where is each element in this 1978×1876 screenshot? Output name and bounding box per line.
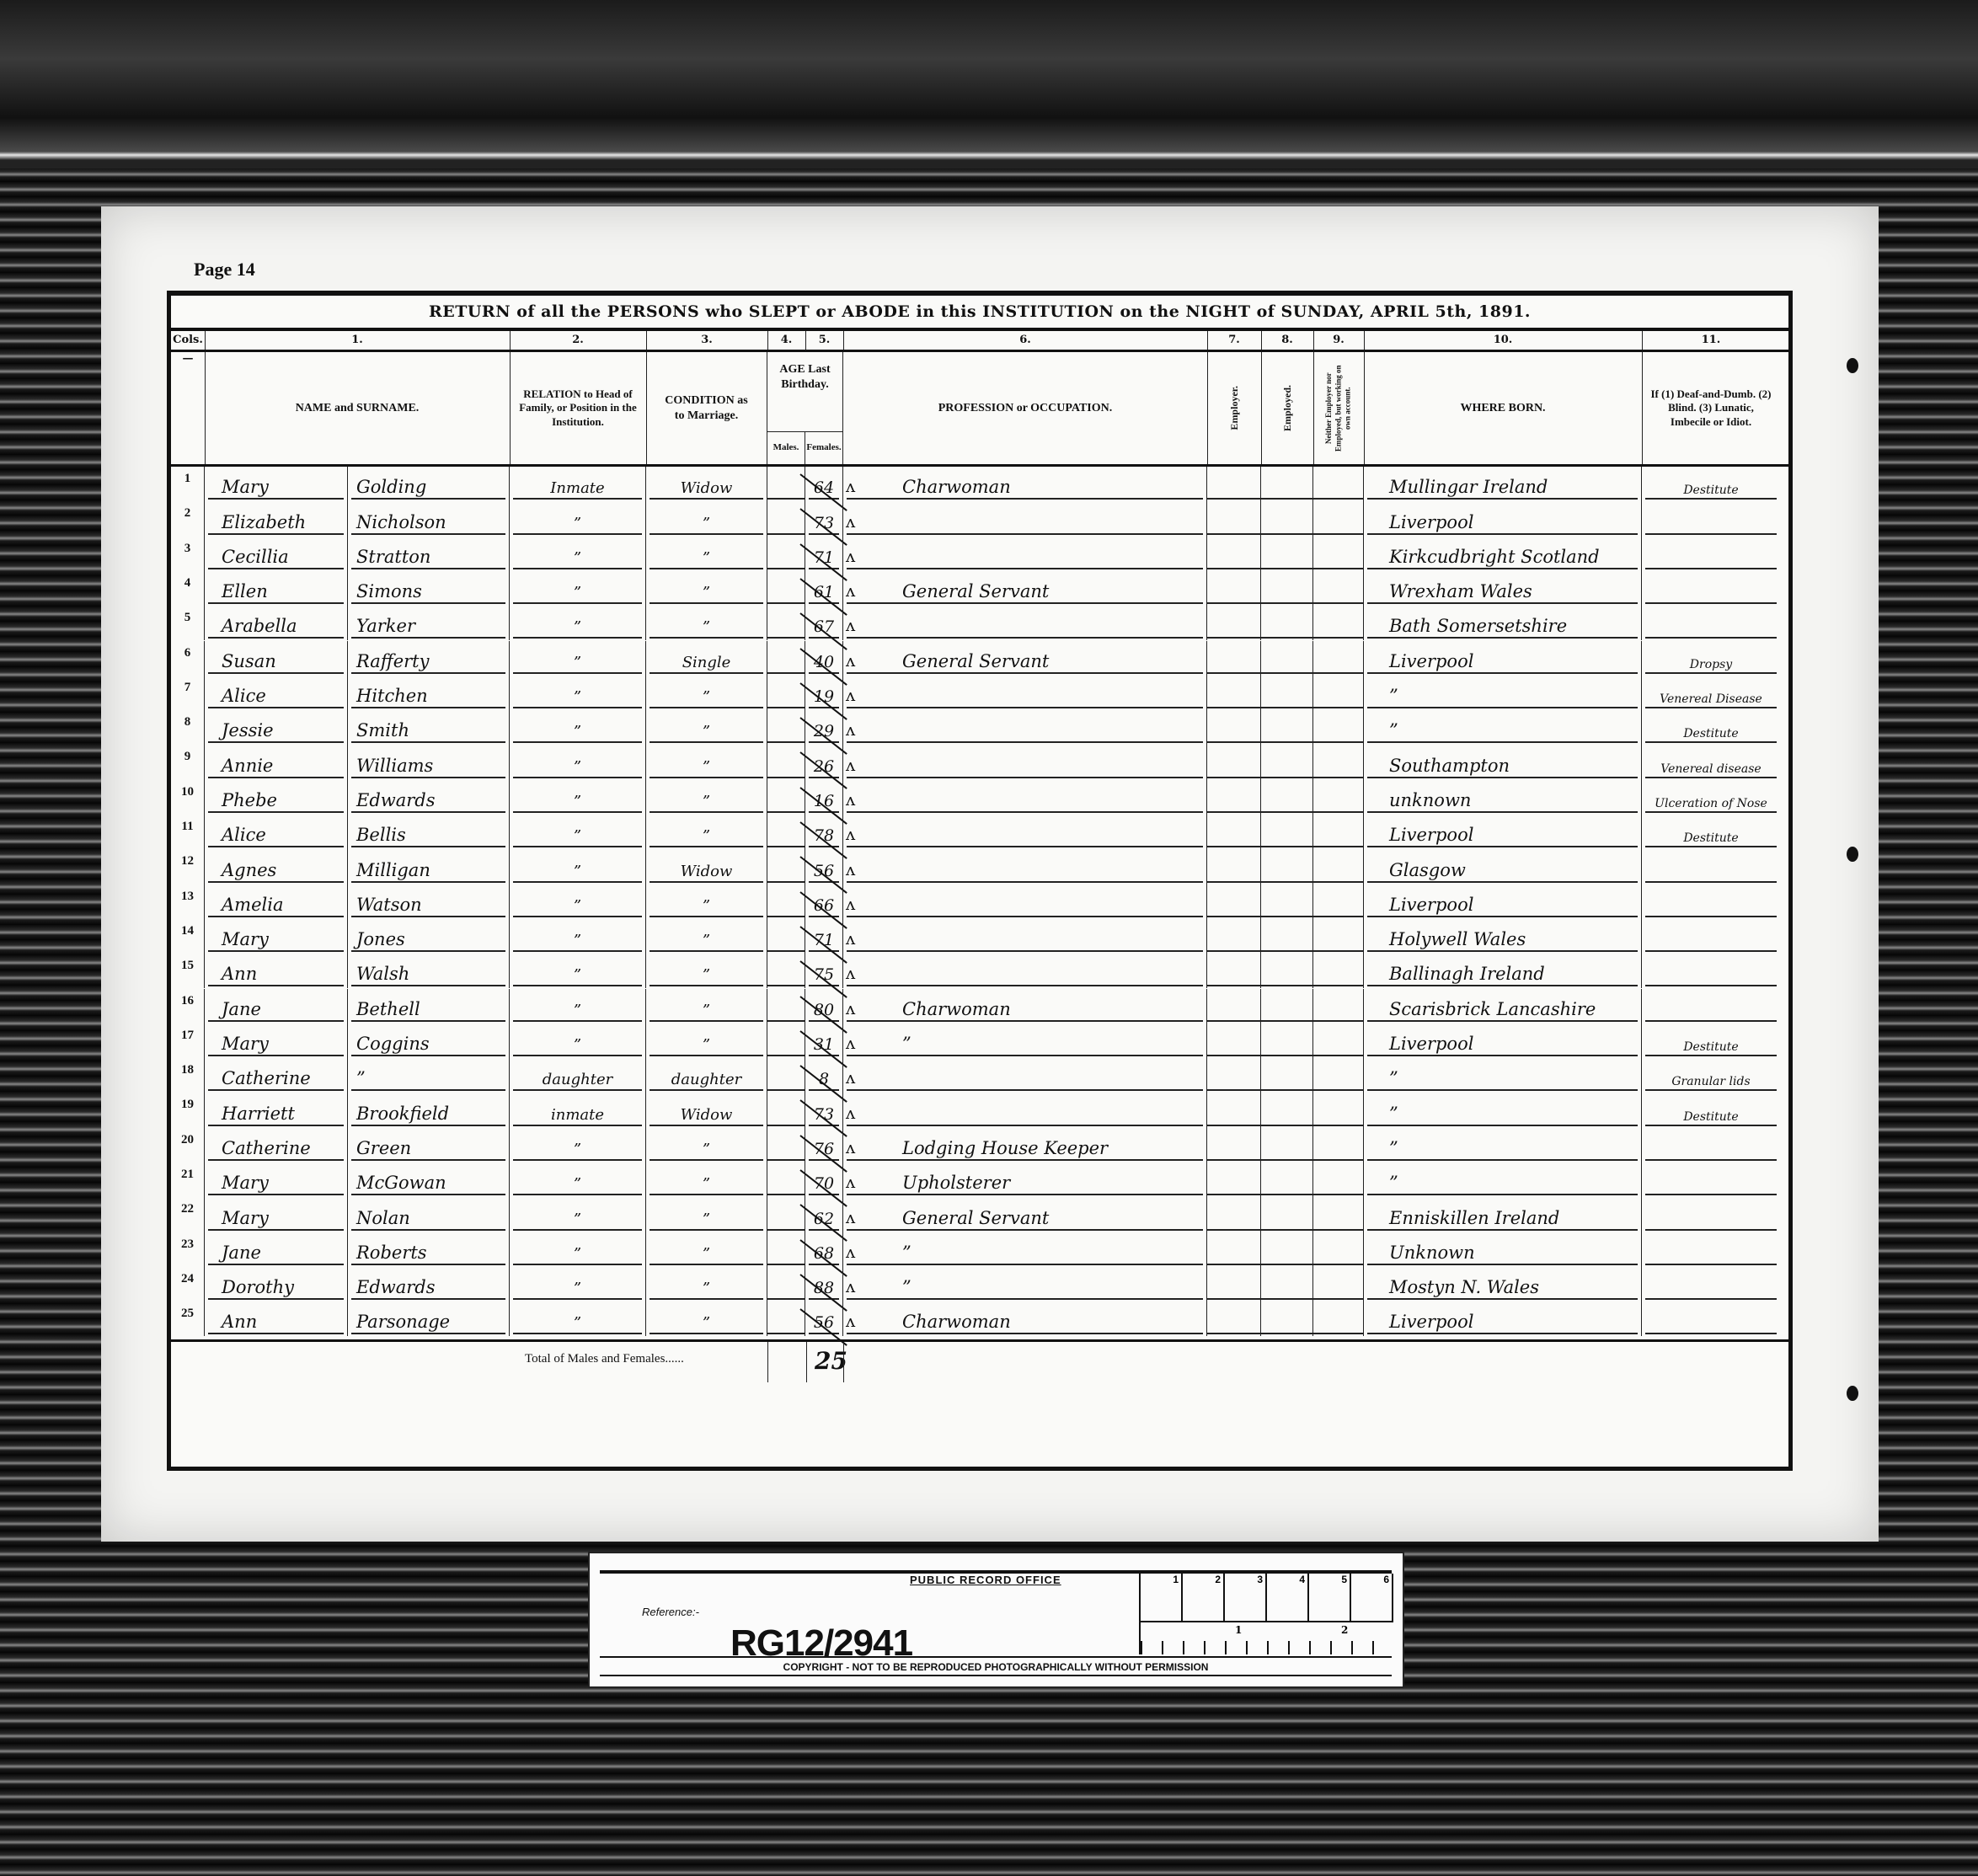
- cell-born: Glasgow: [1364, 849, 1642, 884]
- cell-agef: 70ʌ: [805, 1162, 843, 1197]
- cell-occupation: [843, 780, 1207, 815]
- cell-e3: [1313, 1093, 1364, 1127]
- first-text: Susan: [222, 651, 276, 671]
- cell-relation: ”: [510, 606, 646, 640]
- ruled-line: [650, 1229, 763, 1231]
- cell-relation: ”: [510, 849, 646, 884]
- ruled-line: [1645, 1229, 1777, 1231]
- ruled-line: [208, 1298, 344, 1300]
- born-text: Mullingar Ireland: [1389, 477, 1548, 497]
- born-text: ”: [1389, 1068, 1398, 1088]
- cell-m: [767, 501, 805, 536]
- cell-n: 6: [171, 641, 205, 676]
- ruled-line: [208, 602, 344, 604]
- surname-text: Walsh: [356, 964, 409, 984]
- cell-n: 14: [171, 919, 205, 954]
- occupation-text: Upholsterer: [902, 1173, 1010, 1193]
- relation-text: ”: [510, 618, 645, 636]
- ruled-line: [650, 568, 763, 569]
- cell-occupation: [843, 537, 1207, 571]
- cell-first: Catherine: [205, 1128, 348, 1162]
- cell-e1: [1207, 1024, 1261, 1058]
- cell-born: Liverpool: [1364, 641, 1642, 676]
- condition-text: Widow: [646, 1106, 767, 1124]
- cell-n: 24: [171, 1267, 205, 1301]
- cell-relation: ”: [510, 989, 646, 1024]
- ruled-line: [513, 811, 642, 813]
- ruled-line: [1645, 985, 1777, 986]
- cell-occupation: [843, 954, 1207, 988]
- cell-first: Alice: [205, 815, 348, 849]
- cell-infirmity: Destitute: [1642, 1024, 1780, 1058]
- ruled-line: [1367, 498, 1638, 500]
- cell-e1: [1207, 1301, 1261, 1336]
- ruled-line: [513, 846, 642, 847]
- cell-agef: 31ʌ: [805, 1024, 843, 1058]
- cell-e1: [1207, 537, 1261, 571]
- ruled-line: [351, 602, 505, 604]
- cell-infirmity: [1642, 606, 1780, 640]
- col-number: 8.: [1261, 331, 1314, 350]
- first-text: Elizabeth: [222, 512, 306, 532]
- ruled-line: [1207, 1055, 1260, 1056]
- record-office-label: PUBLIC RECORD OFFICE: [910, 1574, 1061, 1586]
- ruled-line: [847, 741, 1203, 743]
- ruled-line: [513, 777, 642, 778]
- cell-relation: ”: [510, 1162, 646, 1197]
- ruled-line: [1367, 741, 1638, 743]
- occupation-text: Lodging House Keeper: [902, 1138, 1108, 1158]
- ruled-line: [1645, 777, 1777, 778]
- ruled-line: [1207, 1020, 1260, 1022]
- cell-first: Cecillia: [205, 537, 348, 571]
- cell-e2: [1261, 745, 1313, 779]
- cell-born: ”: [1364, 1058, 1642, 1093]
- ruled-line: [1367, 672, 1638, 674]
- ruled-line: [1261, 881, 1312, 883]
- row-number: 25: [171, 1307, 204, 1321]
- ruled-line: [1645, 672, 1777, 674]
- first-text: Alice: [222, 825, 266, 845]
- ruled-line: [351, 672, 505, 674]
- ruled-line: [1367, 707, 1638, 708]
- cell-e2: [1261, 676, 1313, 710]
- cell-born: ”: [1364, 676, 1642, 710]
- ruled-line: [847, 1298, 1203, 1300]
- cell-occupation: [843, 815, 1207, 849]
- relation-text: ”: [510, 1314, 645, 1332]
- ruled-line: [208, 1194, 344, 1195]
- cell-condition: ”: [646, 501, 767, 536]
- ruled-line: [767, 985, 805, 986]
- cell-first: Ann: [205, 1301, 348, 1336]
- cell-m: [767, 919, 805, 954]
- ruled-line: [513, 533, 642, 535]
- table-row: 1MaryGoldingInmateWidow64ʌCharwomanMulli…: [171, 467, 1788, 501]
- ruled-line: [1367, 950, 1638, 952]
- condition-text: ”: [646, 1211, 767, 1228]
- ruled-line: [650, 1125, 763, 1126]
- cell-infirmity: [1642, 571, 1780, 606]
- cell-relation: ”: [510, 641, 646, 676]
- col-number: 7.: [1207, 331, 1262, 350]
- cell-e2: [1261, 606, 1313, 640]
- scale-mark: 6: [1351, 1574, 1393, 1621]
- ruled-line: [847, 533, 1203, 535]
- ruled-line: [351, 1159, 505, 1161]
- cell-infirmity: [1642, 1162, 1780, 1197]
- ruled-line: [1313, 1055, 1363, 1056]
- cell-e2: [1261, 1197, 1313, 1232]
- ruled-line: [847, 1020, 1203, 1022]
- ruled-line: [650, 741, 763, 743]
- ruled-line: [1207, 568, 1260, 569]
- relation-text: ”: [510, 654, 645, 671]
- ruled-line: [1367, 1333, 1638, 1334]
- employer-label: Employer.: [1228, 386, 1241, 430]
- occupation-text: Charwoman: [902, 1312, 1011, 1332]
- cell-e1: [1207, 606, 1261, 640]
- ruled-line: [208, 707, 344, 708]
- ruled-line: [1313, 777, 1363, 778]
- infirmity-text: Destitute: [1642, 831, 1780, 845]
- ruled-line: [767, 1055, 805, 1056]
- scale-mark: 2: [1341, 1624, 1348, 1636]
- ruled-line: [1313, 916, 1363, 917]
- cell-infirmity: Destitute: [1642, 467, 1780, 501]
- cell-n: 17: [171, 1024, 205, 1058]
- cell-infirmity: Destitute: [1642, 1093, 1780, 1127]
- ruled-line: [847, 602, 1203, 604]
- cell-born: Enniskillen Ireland: [1364, 1197, 1642, 1232]
- cell-m: [767, 1197, 805, 1232]
- cell-occupation: Upholsterer: [843, 1162, 1207, 1197]
- ruled-line: [650, 985, 763, 986]
- cell-n: 19: [171, 1093, 205, 1127]
- cell-m: [767, 1162, 805, 1197]
- ruled-line: [1261, 846, 1312, 847]
- ruled-line: [847, 637, 1203, 639]
- ruled-line: [1261, 568, 1312, 569]
- ruled-line: [351, 1125, 505, 1126]
- cell-e3: [1313, 710, 1364, 745]
- ruled-line: [767, 741, 805, 743]
- ruled-line: [847, 777, 1203, 778]
- ruled-line: [767, 846, 805, 847]
- cell-m: [767, 849, 805, 884]
- ruled-line: [1367, 1264, 1638, 1265]
- cell-surname: Williams: [348, 745, 510, 779]
- cell-n: 15: [171, 954, 205, 988]
- cell-occupation: ”: [843, 1024, 1207, 1058]
- surname-text: Edwards: [356, 1277, 436, 1297]
- cell-occupation: Charwoman: [843, 989, 1207, 1024]
- cell-e2: [1261, 780, 1313, 815]
- cell-condition: ”: [646, 606, 767, 640]
- surname-text: ”: [356, 1068, 366, 1088]
- cell-n: 3: [171, 537, 205, 571]
- cell-relation: ”: [510, 1232, 646, 1267]
- row-number: 23: [171, 1237, 204, 1252]
- header-employed: Employed.: [1261, 352, 1314, 464]
- reference-label: Reference:-: [642, 1606, 699, 1618]
- condition-text: ”: [646, 758, 767, 776]
- occupation-text: ”: [902, 1243, 911, 1263]
- cell-e1: [1207, 641, 1261, 676]
- cell-born: Liverpool: [1364, 501, 1642, 536]
- ruled-line: [1207, 811, 1260, 813]
- total-males-cell: [767, 1342, 807, 1382]
- ruled-line: [513, 1298, 642, 1300]
- neither-label: Neither Employer nor Employed, but worki…: [1324, 358, 1353, 459]
- ruled-line: [847, 568, 1203, 569]
- employed-label: Employed.: [1281, 385, 1294, 431]
- cell-agef: 67ʌ: [805, 606, 843, 640]
- condition-text: ”: [646, 966, 767, 984]
- surname-text: Stratton: [356, 547, 430, 567]
- ruled-line: [1207, 985, 1260, 986]
- cell-condition: ”: [646, 676, 767, 710]
- born-text: Wrexham Wales: [1389, 581, 1532, 601]
- cell-occupation: [843, 676, 1207, 710]
- column-headers: NAME and SURNAME. RELATION to Head of Fa…: [171, 352, 1788, 467]
- cell-condition: Widow: [646, 467, 767, 501]
- born-text: Liverpool: [1389, 895, 1473, 915]
- cell-relation: ”: [510, 780, 646, 815]
- copyright-notice: COPYRIGHT - NOT TO BE REPRODUCED PHOTOGR…: [600, 1656, 1392, 1676]
- cell-e2: [1261, 467, 1313, 501]
- ruled-line: [650, 1159, 763, 1161]
- table-row: 8JessieSmith””29ʌ”Destitute: [171, 710, 1788, 745]
- condition-text: ”: [646, 618, 767, 636]
- cell-infirmity: [1642, 1232, 1780, 1267]
- row-number: 21: [171, 1168, 204, 1182]
- relation-text: ”: [510, 827, 645, 845]
- ruled-line: [1207, 1333, 1260, 1334]
- ruled-line: [1313, 568, 1363, 569]
- cell-m: [767, 606, 805, 640]
- ruled-line: [1207, 498, 1260, 500]
- ruled-line: [1207, 777, 1260, 778]
- cell-first: Phebe: [205, 780, 348, 815]
- relation-text: ”: [510, 897, 645, 915]
- born-text: ”: [1389, 720, 1398, 740]
- ruled-line: [847, 1089, 1203, 1091]
- cell-e3: [1313, 885, 1364, 919]
- row-number: 18: [171, 1063, 204, 1077]
- cell-e3: [1313, 989, 1364, 1024]
- ruled-line: [1645, 1298, 1777, 1300]
- cell-e1: [1207, 1267, 1261, 1301]
- cell-e3: [1313, 1232, 1364, 1267]
- cell-n: 9: [171, 745, 205, 779]
- cell-m: [767, 745, 805, 779]
- scanner-background-top: [0, 0, 1978, 168]
- ruled-line: [351, 533, 505, 535]
- ruled-line: [208, 916, 344, 917]
- infirmity-text: Venereal Disease: [1642, 692, 1780, 706]
- cell-e2: [1261, 641, 1313, 676]
- cell-e2: [1261, 501, 1313, 536]
- cell-occupation: [843, 885, 1207, 919]
- born-text: Liverpool: [1389, 825, 1473, 845]
- first-text: Mary: [222, 1173, 269, 1193]
- born-text: Holywell Wales: [1389, 929, 1526, 949]
- ruled-line: [1313, 707, 1363, 708]
- surname-text: Watson: [356, 895, 422, 915]
- row-number: 17: [171, 1029, 204, 1043]
- surname-text: Rafferty: [356, 651, 429, 671]
- ruled-line: [650, 602, 763, 604]
- relation-text: ”: [510, 549, 645, 567]
- col-number: 11.: [1642, 331, 1780, 350]
- first-text: Cecillia: [222, 547, 289, 567]
- cell-born: Bath Somersetshire: [1364, 606, 1642, 640]
- surname-text: Milligan: [356, 860, 430, 880]
- cell-n: 21: [171, 1162, 205, 1197]
- surname-text: Roberts: [356, 1243, 427, 1263]
- measurement-scale: 1 2 3 4 5 6 1 2: [1139, 1574, 1393, 1654]
- ruled-line: [1261, 1159, 1312, 1161]
- condition-text: Widow: [646, 479, 767, 497]
- row-number: 13: [171, 890, 204, 904]
- ruled-line: [1313, 672, 1363, 674]
- binder-hole-icon: [1847, 358, 1858, 373]
- born-text: Kirkcudbright Scotland: [1389, 547, 1600, 567]
- first-text: Jane: [222, 1243, 261, 1263]
- cell-relation: daughter: [510, 1058, 646, 1093]
- ruled-line: [1367, 985, 1638, 986]
- relation-text: ”: [510, 1175, 645, 1193]
- occupation-text: Charwoman: [902, 999, 1011, 1019]
- relation-text: ”: [510, 793, 645, 810]
- cell-e1: [1207, 501, 1261, 536]
- ruled-line: [650, 916, 763, 917]
- row-number: 9: [171, 750, 204, 764]
- cell-e1: [1207, 571, 1261, 606]
- cell-n: 23: [171, 1232, 205, 1267]
- cell-occupation: [843, 1093, 1207, 1127]
- ruled-line: [513, 741, 642, 743]
- cell-infirmity: [1642, 885, 1780, 919]
- row-number: 3: [171, 542, 204, 556]
- cell-m: [767, 954, 805, 988]
- header-females: Females.: [805, 432, 842, 464]
- condition-text: daughter: [646, 1071, 767, 1088]
- cell-agef: 76ʌ: [805, 1128, 843, 1162]
- cell-m: [767, 1128, 805, 1162]
- cell-e3: [1313, 780, 1364, 815]
- table-row: 9AnnieWilliams””26ʌSouthamptonVenereal d…: [171, 745, 1788, 779]
- ruled-line: [208, 637, 344, 639]
- ruled-line: [1207, 637, 1260, 639]
- row-number: 7: [171, 681, 204, 695]
- surname-text: Nicholson: [356, 512, 446, 532]
- ruled-line: [847, 1229, 1203, 1231]
- ruled-line: [513, 881, 642, 883]
- cell-first: Mary: [205, 467, 348, 501]
- scale-top: 1 2 3 4 5 6: [1141, 1574, 1393, 1622]
- ruled-line: [1645, 1020, 1777, 1022]
- ruled-line: [1313, 1264, 1363, 1265]
- surname-text: Edwards: [356, 790, 436, 810]
- cell-infirmity: [1642, 1128, 1780, 1162]
- ruled-line: [650, 881, 763, 883]
- surname-text: Williams: [356, 756, 433, 776]
- cell-condition: ”: [646, 710, 767, 745]
- ruled-line: [1261, 707, 1312, 708]
- condition-text: ”: [646, 1175, 767, 1193]
- cell-e1: [1207, 815, 1261, 849]
- born-text: Enniskillen Ireland: [1389, 1208, 1559, 1228]
- ruled-line: [650, 1055, 763, 1056]
- cell-condition: daughter: [646, 1058, 767, 1093]
- first-text: Mary: [222, 1034, 269, 1054]
- cell-surname: Green: [348, 1128, 510, 1162]
- ruled-line: [1261, 985, 1312, 986]
- cell-e3: [1313, 954, 1364, 988]
- relation-text: ”: [510, 723, 645, 740]
- table-row: 21MaryMcGowan””70ʌUpholsterer”: [171, 1162, 1788, 1197]
- cell-relation: ”: [510, 1128, 646, 1162]
- scale-mark: 5: [1309, 1574, 1351, 1621]
- surname-text: Golding: [356, 477, 426, 497]
- cell-relation: ”: [510, 501, 646, 536]
- table-row: 15AnnWalsh””75ʌBallinagh Ireland: [171, 954, 1788, 988]
- cell-e3: [1313, 606, 1364, 640]
- relation-text: ”: [510, 515, 645, 532]
- condition-text: ”: [646, 688, 767, 706]
- cell-e3: [1313, 467, 1364, 501]
- occupation-text: Charwoman: [902, 477, 1011, 497]
- ruled-line: [1207, 881, 1260, 883]
- row-number: 22: [171, 1202, 204, 1216]
- cell-n: 4: [171, 571, 205, 606]
- ruled-line: [767, 950, 805, 952]
- first-text: Catherine: [222, 1138, 311, 1158]
- table-row: 18Catherine”daughterdaughter8ʌ”Granular …: [171, 1058, 1788, 1093]
- occupation-text: General Servant: [902, 651, 1049, 671]
- cell-surname: Watson: [348, 885, 510, 919]
- cell-n: 8: [171, 710, 205, 745]
- cell-agef: 26ʌ: [805, 745, 843, 779]
- relation-text: ”: [510, 1036, 645, 1054]
- cell-relation: ”: [510, 676, 646, 710]
- cell-occupation: [843, 745, 1207, 779]
- header-where-born: WHERE BORN.: [1364, 352, 1643, 464]
- ruled-line: [1261, 1298, 1312, 1300]
- cell-infirmity: [1642, 1197, 1780, 1232]
- cell-e2: [1261, 1024, 1313, 1058]
- scale-mark: 1: [1235, 1624, 1242, 1636]
- ruled-line: [208, 533, 344, 535]
- ruled-line: [513, 916, 642, 917]
- cell-e1: [1207, 1197, 1261, 1232]
- cell-relation: ”: [510, 1301, 646, 1336]
- cell-n: 5: [171, 606, 205, 640]
- cell-m: [767, 641, 805, 676]
- ruled-line: [351, 1055, 505, 1056]
- cell-surname: Edwards: [348, 780, 510, 815]
- ruled-line: [1313, 1159, 1363, 1161]
- cell-surname: Walsh: [348, 954, 510, 988]
- ruled-line: [1367, 811, 1638, 813]
- ruled-line: [1261, 1194, 1312, 1195]
- ruled-line: [208, 1229, 344, 1231]
- row-number: 24: [171, 1272, 204, 1286]
- born-text: ”: [1389, 1138, 1398, 1158]
- cell-first: Jane: [205, 989, 348, 1024]
